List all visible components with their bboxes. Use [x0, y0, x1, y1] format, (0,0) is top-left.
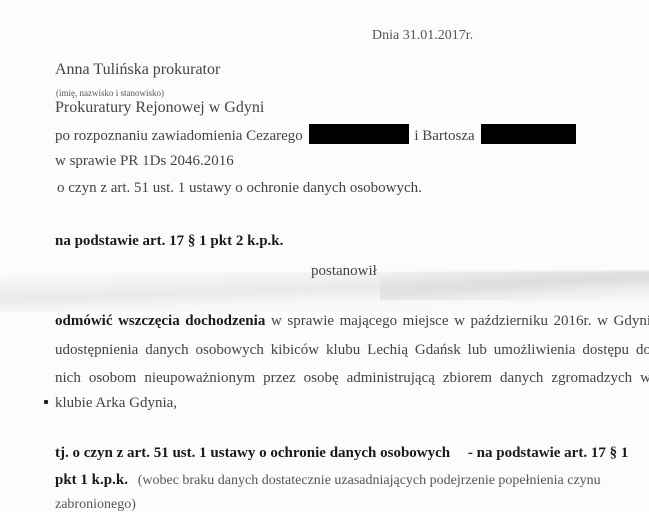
- author-caption: (imię, nazwisko i stanowisko): [56, 88, 164, 99]
- ruling-reason: (wobec braku danych dostatecznie uzasadn…: [138, 473, 601, 488]
- scan-speck: [44, 400, 48, 404]
- scanned-document-page: Dnia 31.01.2017r. Anna Tulińska prokurat…: [0, 0, 649, 512]
- decision-line-4: klubie Arka Gdynia,: [55, 394, 177, 412]
- redaction-box-surname-1: [309, 124, 409, 144]
- ruling-bold-part-2: - na podstawie art. 17 § 1: [468, 445, 628, 461]
- decision-line-1: odmówić wszczęcia dochodzenia w sprawie …: [55, 312, 649, 330]
- notification-middle: i Bartosza: [414, 128, 474, 144]
- author-name: Anna Tulińska prokurator: [55, 61, 220, 79]
- decision-line-3: nich osobom nieupoważnionym przez osobę …: [55, 369, 649, 387]
- ruling-line-1: tj. o czyn z art. 51 ust. 1 ustawy o och…: [55, 444, 628, 462]
- prosecutor-office: Prokuratury Rejonowej w Gdyni: [55, 99, 264, 117]
- ruling-bold-part-3: pkt 1 k.p.k.: [55, 472, 128, 488]
- ruling-line-2: pkt 1 k.p.k. (wobec braku danych dostate…: [55, 471, 601, 490]
- redaction-box-surname-2: [481, 124, 576, 144]
- document-date: Dnia 31.01.2017r.: [372, 27, 473, 45]
- ruling-reason-end: zabronionego): [55, 496, 136, 512]
- notification-prefix: po rozpoznaniu zawiadomienia Cezarego: [55, 128, 303, 144]
- decision-bold-lead: odmówić wszczęcia dochodzenia: [55, 313, 265, 329]
- ruling-bold-part-1: tj. o czyn z art. 51 ust. 1 ustawy o och…: [55, 445, 450, 461]
- notification-line: po rozpoznaniu zawiadomienia Cezarego i …: [55, 124, 576, 145]
- case-reference: w sprawie PR 1Ds 2046.2016: [55, 152, 234, 170]
- scan-fold-shadow-right: [380, 270, 649, 300]
- decision-line-1-rest: w sprawie mającego miejsce w październik…: [271, 313, 649, 329]
- decision-line-2: udostępnienia danych osobowych kibiców k…: [55, 341, 649, 359]
- charge-description: o czyn z art. 51 ust. 1 ustawy o ochroni…: [57, 179, 422, 197]
- legal-basis: na podstawie art. 17 § 1 pkt 2 k.p.k.: [55, 232, 283, 250]
- decision-heading: postanowił: [311, 262, 377, 280]
